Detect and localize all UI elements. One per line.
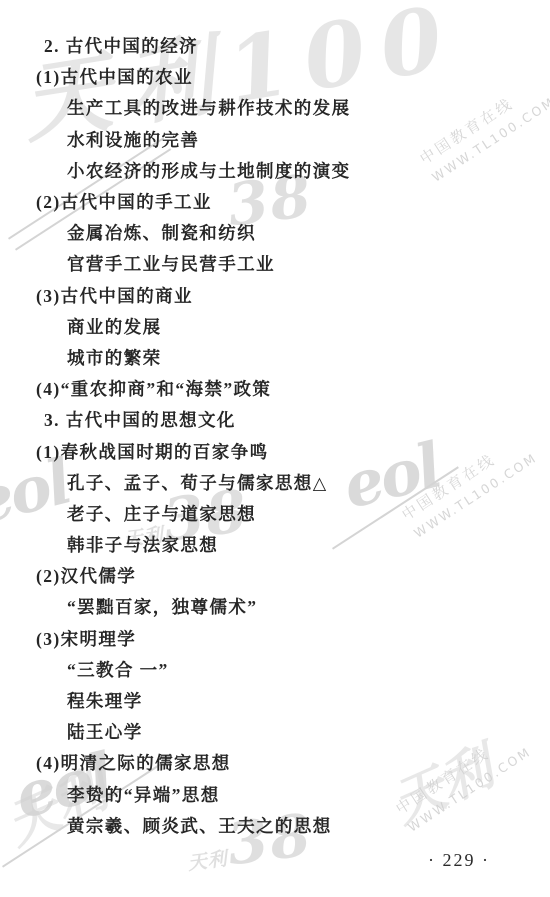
- outline-subitem: 城市的繁荣: [0, 342, 550, 373]
- outline-item: (2)汉代儒学: [0, 560, 550, 591]
- outline-subitem: 生产工具的改进与耕作技术的发展: [0, 92, 550, 123]
- outline-item: (4)明清之际的儒家思想: [0, 747, 550, 778]
- outline-subitem: 孔子、孟子、荀子与儒家思想△: [0, 467, 550, 498]
- outline-subitem: 陆王心学: [0, 716, 550, 747]
- outline-subitem: 官营手工业与民营手工业: [0, 248, 550, 279]
- outline-item: (1)春秋战国时期的百家争鸣: [0, 435, 550, 466]
- outline-subitem: 黄宗羲、顾炎武、王夫之的思想: [0, 810, 550, 841]
- outline-subitem: 水利设施的完善: [0, 124, 550, 155]
- stamp-brand: 天利: [187, 848, 229, 875]
- page-number: · 229 ·: [428, 850, 490, 871]
- outline-subitem: 韩非子与法家思想: [0, 529, 550, 560]
- outline-subitem: 程朱理学: [0, 685, 550, 716]
- outline-subitem: 商业的发展: [0, 311, 550, 342]
- outline-item: (3)宋明理学: [0, 623, 550, 654]
- outline-item: (1)古代中国的农业: [0, 61, 550, 92]
- outline-item: (3)古代中国的商业: [0, 280, 550, 311]
- outline-subitem: “三教合 一”: [0, 654, 550, 685]
- outline-subitem: 小农经济的形成与土地制度的演变: [0, 155, 550, 186]
- syllabus-outline: 2. 古代中国的经济 (1)古代中国的农业 生产工具的改进与耕作技术的发展 水利…: [0, 30, 550, 841]
- outline-subitem: 老子、庄子与道家思想: [0, 498, 550, 529]
- outline-subitem: 金属冶炼、制瓷和纺织: [0, 217, 550, 248]
- outline-subitem: “罢黜百家，独尊儒术”: [0, 591, 550, 622]
- outline-item: (2)古代中国的手工业: [0, 186, 550, 217]
- outline-item: (4)“重农抑商”和“海禁”政策: [0, 373, 550, 404]
- outline-subitem: 李贽的“异端”思想: [0, 779, 550, 810]
- outline-heading: 3. 古代中国的思想文化: [0, 404, 550, 435]
- outline-heading: 2. 古代中国的经济: [0, 30, 550, 61]
- scanned-book-page: 天利100 中国教育在线 WWW.TL100.COM 中国教育在线 WWW.TL…: [0, 0, 550, 897]
